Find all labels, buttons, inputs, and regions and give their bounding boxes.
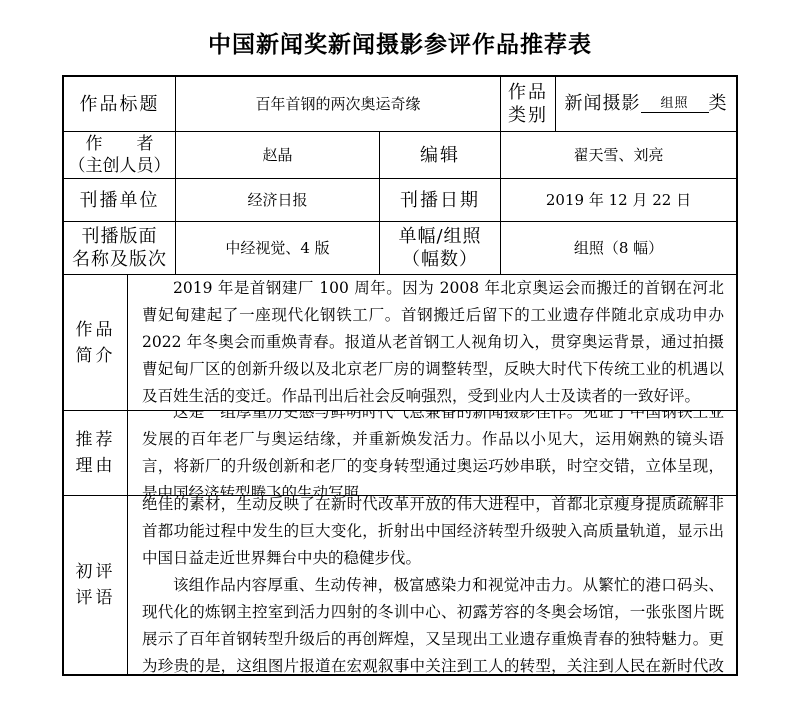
work-intro-label: 作品 简介 — [64, 275, 128, 410]
row-unit-date: 刊播单位 经济日报 刊播日期 2019 年 12 月 22 日 — [64, 179, 736, 222]
row-work-intro: 作品 简介 2019 年是首钢建厂 100 周年。因为 2008 年北京奥运会而… — [64, 275, 736, 411]
category-prefix: 新闻摄影 — [565, 93, 641, 114]
author-value: 赵晶 — [176, 132, 380, 178]
publish-date-label: 刊播日期 — [380, 179, 501, 221]
editor-label: 编辑 — [380, 132, 501, 178]
review-paragraph-1: 现实从不缺乏美，从不缺乏新闻点。百年首钢的两次奥运奇缘（组图）就是一个绝佳的素材… — [142, 496, 724, 572]
review-comments-label: 初评 评语 — [64, 496, 128, 674]
row-page-count: 刊播版面 名称及版次 中经视觉、4 版 单幅/组照 （幅数） 组照（8 幅） — [64, 222, 736, 275]
editor-value: 翟天雪、刘亮 — [501, 132, 736, 178]
author-label: 作 者 （主创人员） — [64, 132, 176, 178]
count-label: 单幅/组照 （幅数） — [380, 222, 501, 274]
work-title-label: 作品标题 — [64, 77, 176, 131]
row-author-editor: 作 者 （主创人员） 赵晶 编辑 翟天雪、刘亮 — [64, 132, 736, 179]
publish-unit-value: 经济日报 — [176, 179, 380, 221]
work-intro-paragraph: 2019 年是首钢建厂 100 周年。因为 2008 年北京奥运会而搬迁的首钢在… — [142, 275, 724, 410]
page-name-label: 刊播版面 名称及版次 — [64, 222, 176, 274]
category-value: 新闻摄影组照类 — [556, 77, 736, 131]
row-recommend-reason: 推荐 理由 这是一组厚重历史感与鲜明时代气息兼备的新闻摄影佳作。见证了中国钢铁工… — [64, 411, 736, 496]
category-fill-blank: 组照 — [641, 96, 709, 113]
count-value: 组照（8 幅） — [501, 222, 736, 274]
recommend-reason-label: 推荐 理由 — [64, 411, 128, 495]
recommendation-form-table: 作品标题 百年首钢的两次奥运奇缘 作品 类别 新闻摄影组照类 作 者 （主创人员… — [62, 75, 738, 676]
page-title: 中国新闻奖新闻摄影参评作品推荐表 — [0, 26, 800, 59]
row-review-comments: 初评 评语 现实从不缺乏美，从不缺乏新闻点。百年首钢的两次奥运奇缘（组图）就是一… — [64, 496, 736, 674]
category-label: 作品 类别 — [501, 77, 556, 131]
recommend-reason-text: 这是一组厚重历史感与鲜明时代气息兼备的新闻摄影佳作。见证了中国钢铁工业发展的百年… — [128, 411, 736, 495]
work-title-value: 百年首钢的两次奥运奇缘 — [176, 77, 501, 131]
recommendation-form-page: 中国新闻奖新闻摄影参评作品推荐表 作品标题 百年首钢的两次奥运奇缘 作品 类别 … — [0, 0, 800, 713]
recommend-reason-paragraph: 这是一组厚重历史感与鲜明时代气息兼备的新闻摄影佳作。见证了中国钢铁工业发展的百年… — [142, 411, 724, 495]
review-paragraph-2: 该组作品内容厚重、生动传神，极富感染力和视觉冲击力。从繁忙的港口码头、现代化的炼… — [142, 572, 724, 675]
work-intro-text: 2019 年是首钢建厂 100 周年。因为 2008 年北京奥运会而搬迁的首钢在… — [128, 275, 736, 410]
page-name-value: 中经视觉、4 版 — [176, 222, 380, 274]
publish-date-value: 2019 年 12 月 22 日 — [501, 179, 736, 221]
publish-unit-label: 刊播单位 — [64, 179, 176, 221]
row-work-title: 作品标题 百年首钢的两次奥运奇缘 作品 类别 新闻摄影组照类 — [64, 77, 736, 132]
review-comments-text: 现实从不缺乏美，从不缺乏新闻点。百年首钢的两次奥运奇缘（组图）就是一个绝佳的素材… — [128, 496, 736, 674]
category-suffix: 类 — [709, 93, 728, 114]
